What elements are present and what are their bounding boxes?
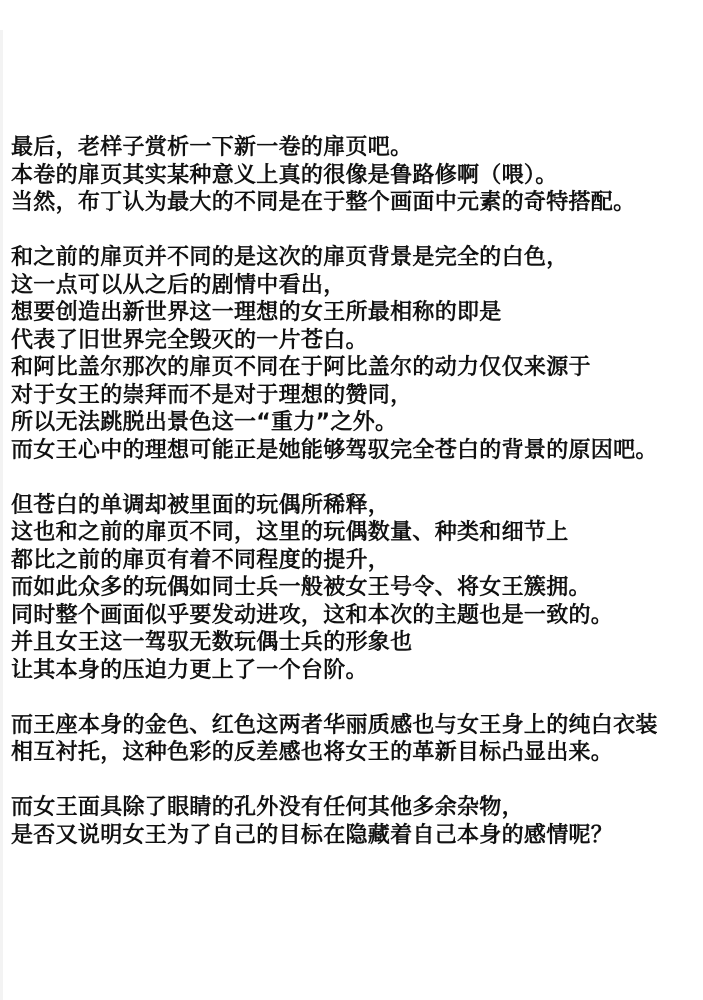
text-line: 而女王心中的理想可能正是她能够驾驭完全苍白的背景的原因吧。 xyxy=(11,437,701,465)
text-line: 是否又说明女王为了自己的目标在隐藏着自己本身的感情呢？ xyxy=(11,822,701,850)
page-edge-strip xyxy=(0,30,3,1000)
text-line: 同时整个画面似乎要发动进攻，这和本次的主题也是一致的。 xyxy=(11,602,701,630)
text-line: 这也和之前的扉页不同，这里的玩偶数量、种类和细节上 xyxy=(11,519,701,547)
text-line: 相互衬托，这种色彩的反差感也将女王的革新目标凸显出来。 xyxy=(11,739,701,767)
paragraph-intro: 最后，老样子赏析一下新一卷的扉页吧。 本卷的扉页其实某种意义上真的很像是鲁路修啊… xyxy=(11,134,701,217)
text-line: 对于女王的崇拜而不是对于理想的赞同， xyxy=(11,382,701,410)
text-line: 代表了旧世界完全毁灭的一片苍白。 xyxy=(11,327,701,355)
paragraph-background: 和之前的扉页并不同的是这次的扉页背景是完全的白色， 这一点可以从之后的剧情中看出… xyxy=(11,244,701,464)
commentary-text-page: 最后，老样子赏析一下新一卷的扉页吧。 本卷的扉页其实某种意义上真的很像是鲁路修啊… xyxy=(11,134,701,877)
paragraph-mask: 而女王面具除了眼睛的孔外没有任何其他多余杂物， 是否又说明女王为了自己的目标在隐… xyxy=(11,794,701,849)
text-line: 并且女王这一驾驭无数玩偶士兵的形象也 xyxy=(11,629,701,657)
text-line: 和之前的扉页并不同的是这次的扉页背景是完全的白色， xyxy=(11,244,701,272)
text-line: 让其本身的压迫力更上了一个台阶。 xyxy=(11,657,701,685)
text-line: 所以无法跳脱出景色这一“重力”之外。 xyxy=(11,409,701,437)
text-line: 最后，老样子赏析一下新一卷的扉页吧。 xyxy=(11,134,701,162)
text-line: 和阿比盖尔那次的扉页不同在于阿比盖尔的动力仅仅来源于 xyxy=(11,354,701,382)
text-line: 本卷的扉页其实某种意义上真的很像是鲁路修啊（喂）。 xyxy=(11,162,701,190)
text-line: 当然，布丁认为最大的不同是在于整个画面中元素的奇特搭配。 xyxy=(11,189,701,217)
text-line: 而王座本身的金色、红色这两者华丽质感也与女王身上的纯白衣装 xyxy=(11,712,701,740)
text-line: 但苍白的单调却被里面的玩偶所稀释， xyxy=(11,492,701,520)
text-line: 想要创造出新世界这一理想的女王所最相称的即是 xyxy=(11,299,701,327)
text-line: 而如此众多的玩偶如同士兵一般被女王号令、将女王簇拥。 xyxy=(11,574,701,602)
text-line: 这一点可以从之后的剧情中看出， xyxy=(11,272,701,300)
text-line: 而女王面具除了眼睛的孔外没有任何其他多余杂物， xyxy=(11,794,701,822)
paragraph-dolls: 但苍白的单调却被里面的玩偶所稀释， 这也和之前的扉页不同，这里的玩偶数量、种类和… xyxy=(11,492,701,685)
text-line: 都比之前的扉页有着不同程度的提升， xyxy=(11,547,701,575)
paragraph-throne-colors: 而王座本身的金色、红色这两者华丽质感也与女王身上的纯白衣装 相互衬托，这种色彩的… xyxy=(11,712,701,767)
